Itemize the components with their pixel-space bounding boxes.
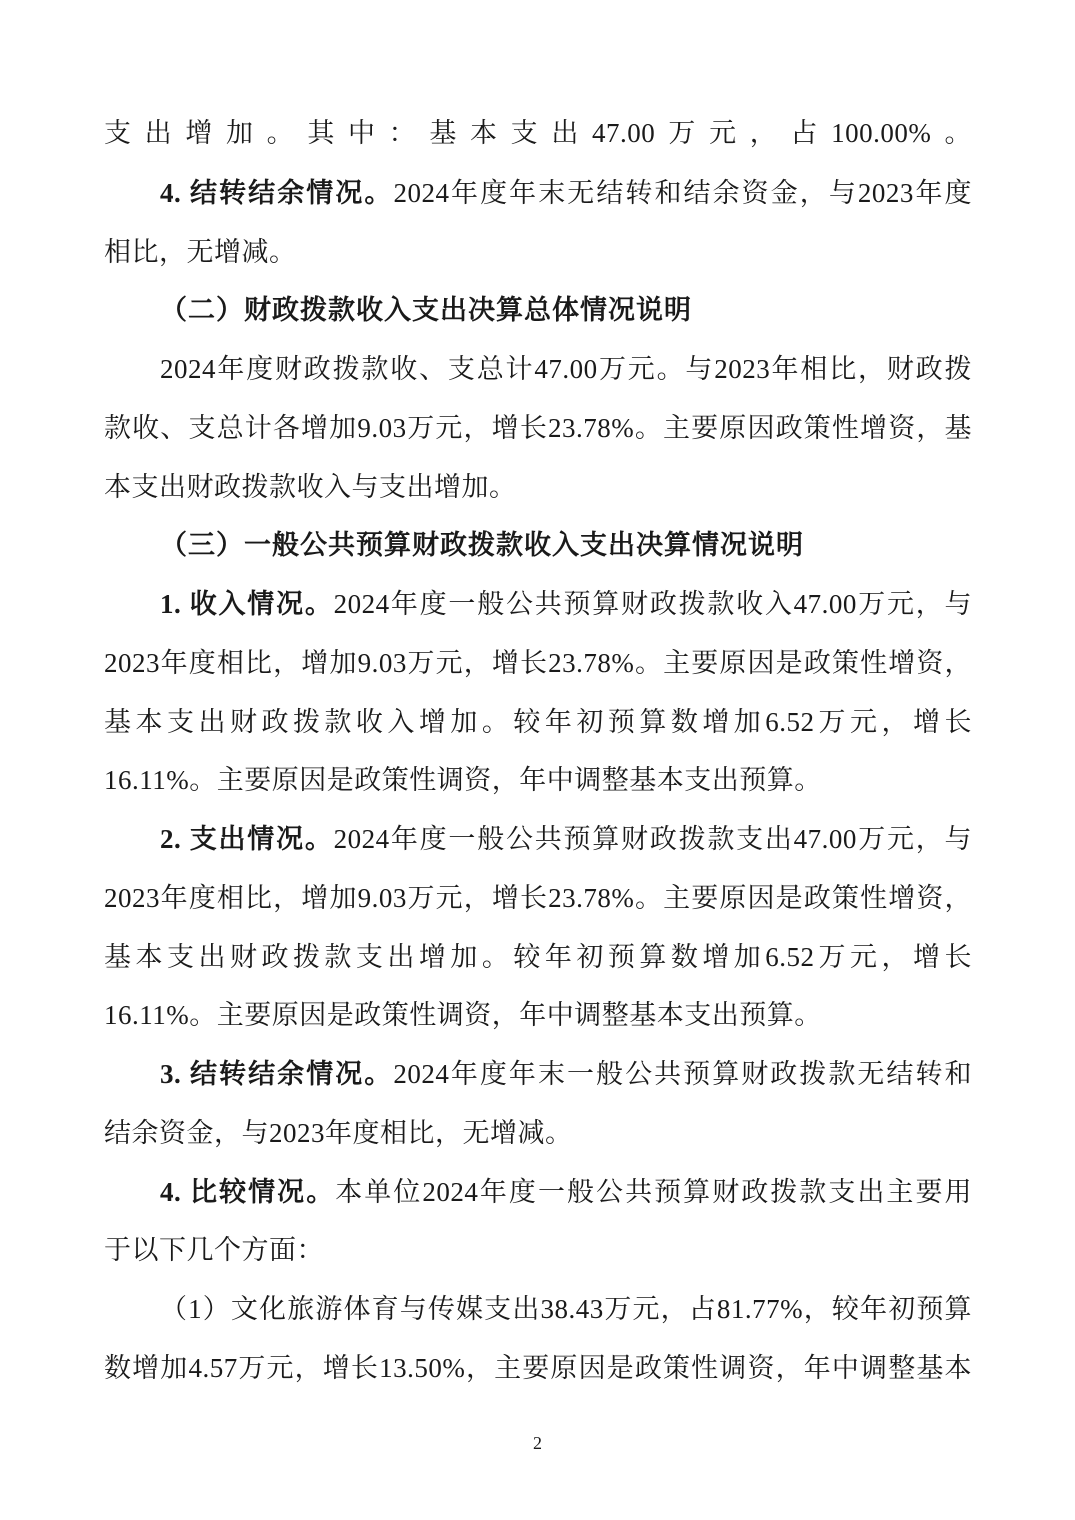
line-text: 基本支出财政拨款支出增加。较年初预算数增加6.52万元，增长 — [104, 942, 972, 972]
line-text: 基本支出财政拨款收入增加。较年初预算数增加6.52万元，增长 — [104, 707, 972, 737]
paragraph-line: 本支出财政拨款收入与支出增加。 — [104, 469, 972, 505]
line-text: 2024年度财政拨款收、支总计47.00万元。与2023年相比，财政拨 — [160, 354, 972, 384]
line-text: 结余资金，与2023年度相比，无增减。 — [104, 1118, 573, 1148]
page-number: 2 — [0, 1433, 1075, 1453]
heading-text: （三）一般公共预算财政拨款收入支出决算情况说明 — [160, 530, 804, 560]
line-text: 本支出财政拨款收入与支出增加。 — [104, 472, 517, 502]
line-text: 2024年度年末无结转和结余资金，与2023年度 — [393, 178, 972, 208]
line-text: 2024年度年末一般公共预算财政拨款无结转和 — [393, 1059, 972, 1089]
section-heading-3: （三）一般公共预算财政拨款收入支出决算情况说明 — [160, 527, 1028, 563]
line-text: 本单位2024年度一般公共预算财政拨款支出主要用 — [335, 1177, 972, 1207]
paragraph-line: 4. 比较情况。本单位2024年度一般公共预算财政拨款支出主要用 — [160, 1174, 972, 1210]
paragraph-line: 16.11%。主要原因是政策性调资，年中调整基本支出预算。 — [104, 997, 972, 1033]
item-lead-carryover: 3. 结转结余情况。 — [160, 1059, 393, 1089]
item-lead-carryover: 4. 结转结余情况。 — [160, 178, 393, 208]
item-lead-expenditure: 2. 支出情况。 — [160, 824, 334, 854]
line-text: 2023年度相比，增加9.03万元，增长23.78%。主要原因是政策性增资， — [104, 648, 972, 678]
heading-text: （二）财政拨款收入支出决算总体情况说明 — [160, 295, 692, 325]
paragraph-line: 相比，无增减。 — [104, 234, 972, 270]
item-lead-income: 1. 收入情况。 — [160, 589, 334, 619]
line-text: 2024年度一般公共预算财政拨款收入47.00万元，与 — [334, 589, 972, 619]
line-text: 数增加4.57万元，增长13.50%，主要原因是政策性调资，年中调整基本 — [104, 1353, 972, 1383]
paragraph-line: 结余资金，与2023年度相比，无增减。 — [104, 1115, 972, 1151]
paragraph-line: 1. 收入情况。2024年度一般公共预算财政拨款收入47.00万元，与 — [160, 586, 972, 622]
paragraph-line: 4. 结转结余情况。2024年度年末无结转和结余资金，与2023年度 — [160, 175, 972, 211]
paragraph-line: 基本支出财政拨款支出增加。较年初预算数增加6.52万元，增长 — [104, 939, 972, 975]
paragraph-line: 支出增加。其中：基本支出47.00万元，占100.00%。 — [104, 115, 972, 151]
line-text: （1）文化旅游体育与传媒支出38.43万元，占81.77%，较年初预算 — [160, 1294, 972, 1324]
section-heading-2: （二）财政拨款收入支出决算总体情况说明 — [160, 292, 1028, 328]
paragraph-line: 数增加4.57万元，增长13.50%，主要原因是政策性调资，年中调整基本 — [104, 1350, 972, 1386]
document-page: 支出增加。其中：基本支出47.00万元，占100.00%。 4. 结转结余情况。… — [0, 0, 1075, 1520]
paragraph-line: 2023年度相比，增加9.03万元，增长23.78%。主要原因是政策性增资， — [104, 645, 972, 681]
paragraph-line: 2. 支出情况。2024年度一般公共预算财政拨款支出47.00万元，与 — [160, 821, 972, 857]
paragraph-line: 于以下几个方面： — [104, 1232, 972, 1268]
item-lead-comparison: 4. 比较情况。 — [160, 1177, 335, 1207]
paragraph-line: 16.11%。主要原因是政策性调资，年中调整基本支出预算。 — [104, 762, 972, 798]
paragraph-line: 2024年度财政拨款收、支总计47.00万元。与2023年相比，财政拨 — [160, 351, 972, 387]
paragraph-line: 基本支出财政拨款收入增加。较年初预算数增加6.52万元，增长 — [104, 704, 972, 740]
line-text: 16.11%。主要原因是政策性调资，年中调整基本支出预算。 — [104, 1000, 822, 1030]
line-text: 支出增加。其中：基本支出47.00万元，占100.00%。 — [104, 118, 972, 148]
line-text: 2023年度相比，增加9.03万元，增长23.78%。主要原因是政策性增资， — [104, 883, 972, 913]
paragraph-line: 款收、支总计各增加9.03万元，增长23.78%。主要原因政策性增资，基 — [104, 410, 972, 446]
line-text: 相比，无增减。 — [104, 237, 297, 267]
line-text: 于以下几个方面： — [104, 1235, 324, 1265]
paragraph-line: 2023年度相比，增加9.03万元，增长23.78%。主要原因是政策性增资， — [104, 880, 972, 916]
paragraph-line: （1）文化旅游体育与传媒支出38.43万元，占81.77%，较年初预算 — [160, 1291, 972, 1327]
paragraph-line: 3. 结转结余情况。2024年度年末一般公共预算财政拨款无结转和 — [160, 1056, 972, 1092]
line-text: 款收、支总计各增加9.03万元，增长23.78%。主要原因政策性增资，基 — [104, 413, 972, 443]
line-text: 2024年度一般公共预算财政拨款支出47.00万元，与 — [334, 824, 972, 854]
line-text: 16.11%。主要原因是政策性调资，年中调整基本支出预算。 — [104, 765, 822, 795]
